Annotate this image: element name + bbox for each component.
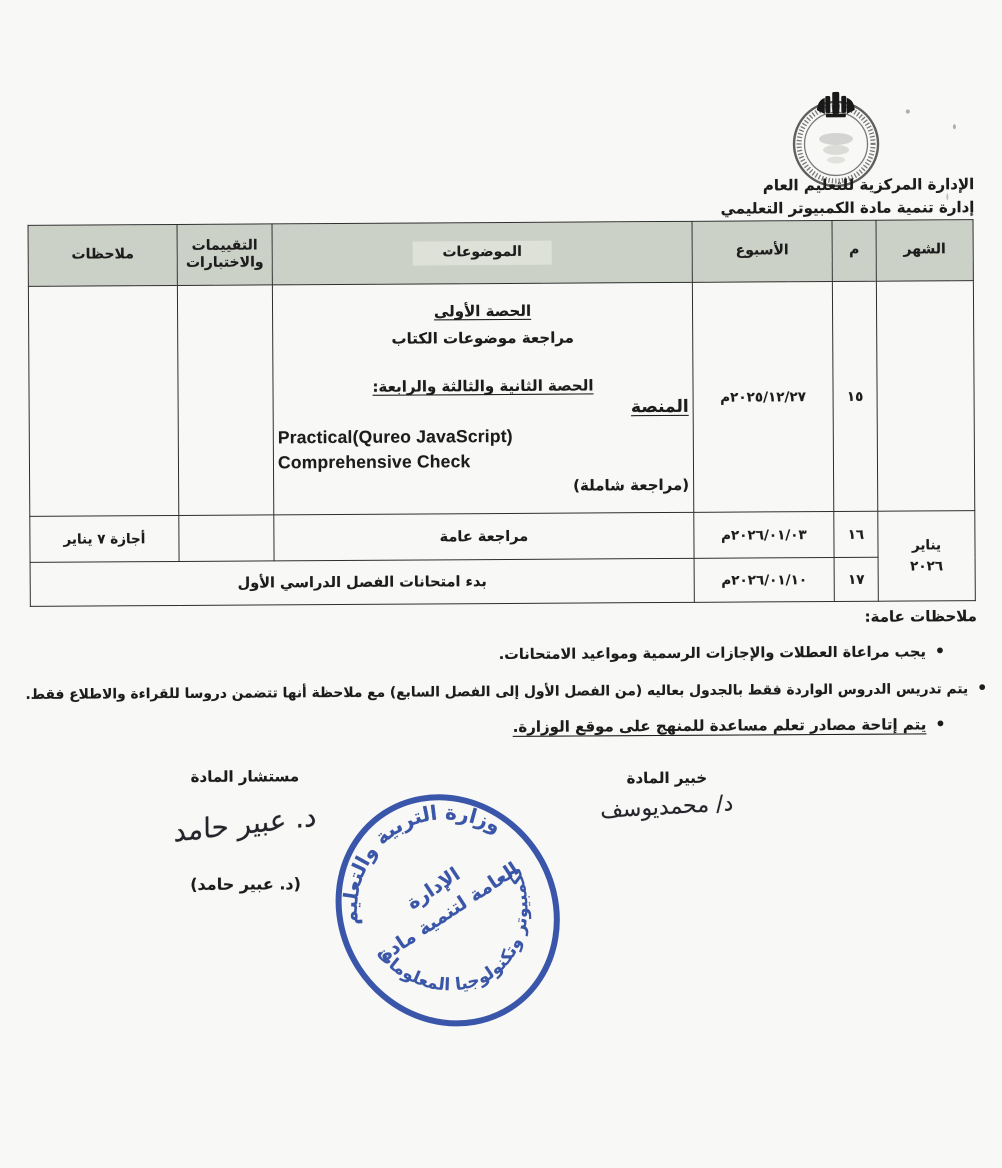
lesson1-topic: مراجعة موضوعات الكتاب (277, 328, 688, 349)
cell-topic-r2: مراجعة عامة (274, 512, 694, 561)
consultant-title: مستشار المادة (130, 767, 360, 786)
cell-num-r1: ١٥ (832, 281, 877, 511)
general-note-2: يتم تدريس الدروس الواردة فقط بالجدول بعا… (25, 678, 987, 703)
org-line-1: الإدارة المركزية للتعليم العام (720, 173, 974, 197)
general-note-1: يجب مراعاة العطلات والإجازات الرسمية ومو… (499, 641, 946, 663)
general-note-3: يتم إتاحة مصادر تعلم مساعدة للمنهج على م… (513, 714, 946, 736)
org-line-2: إدارة تنمية مادة الكمبيوتر التعليمي (720, 196, 974, 220)
cell-num-r3: ١٧ (834, 557, 878, 601)
schedule-table: الشهر م الأسبوع الموضوعات التقييمات والا… (28, 219, 976, 607)
col-header-evaluations: التقييمات والاختبارات (177, 224, 272, 286)
cell-evaluations-r1 (177, 285, 273, 516)
lesson234-title: الحصة الثانية والثالثة والرابعة: (277, 376, 688, 397)
expert-title: خبير المادة (582, 768, 752, 787)
cell-week-r2: ٢٠٢٦/٠١/٠٣م (694, 511, 834, 558)
cell-num-r2: ١٦ (834, 511, 878, 557)
cell-topics-r1: الحصة الأولى مراجعة موضوعات الكتاب الحصة… (272, 282, 693, 515)
month-name: يناير (882, 535, 970, 556)
expert-signature-block: خبير المادة د/ محمديوسف (582, 768, 752, 820)
cell-week-r1: ٢٠٢٥/١٢/٢٧م (692, 281, 833, 512)
month-year: ٢٠٢٦ (883, 556, 971, 577)
consultant-signature-handwriting: د. عبير حامد (174, 800, 317, 849)
col-header-topics: الموضوعات (272, 221, 692, 285)
org-header: الإدارة المركزية للتعليم العام إدارة تنم… (720, 173, 974, 220)
col-header-notes: ملاحظات (28, 224, 177, 286)
col-header-num: م (832, 220, 876, 281)
col-header-week: الأسبوع (692, 220, 832, 282)
lesson1-title: الحصة الأولى (277, 301, 688, 322)
platform-note: (مراجعة شاملة) (323, 475, 689, 495)
platform-english-line1: Practical(Qureo JavaScript) (278, 424, 689, 450)
table-row-week17: ١٧ ٢٠٢٦/٠١/١٠م بدء امتحانات الفصل الدراس… (30, 557, 975, 607)
cell-notes-r1 (28, 285, 178, 516)
cell-evaluations-r2 (179, 515, 274, 562)
platform-english-line2: Comprehensive Check (278, 449, 689, 475)
cell-month-r1 (876, 281, 974, 512)
col-header-month: الشهر (876, 220, 973, 282)
cell-week-r3: ٢٠٢٦/٠١/١٠م (694, 557, 834, 602)
general-notes-title: ملاحظات عامة: (865, 607, 977, 626)
expert-signature-handwriting: د/ محمديوسف (600, 791, 734, 824)
cell-topic-r3-merged: بدء امتحانات الفصل الدراسي الأول (30, 558, 694, 606)
scanned-schedule-document: الإدارة المركزية للتعليم العام إدارة تنم… (0, 0, 1002, 1168)
table-row-week16: يناير ٢٠٢٦ ١٦ ٢٠٢٦/٠١/٠٣م مراجعة عامة أج… (30, 511, 975, 563)
table-row-week15: ١٥ ٢٠٢٥/١٢/٢٧م الحصة الأولى مراجعة موضوع… (28, 281, 974, 517)
eagle-icon (817, 92, 855, 118)
table-header-row: الشهر م الأسبوع الموضوعات التقييمات والا… (28, 220, 973, 287)
cell-notes-r2: أجازة ٧ يناير (30, 515, 179, 562)
cell-month-jan2026: يناير ٢٠٢٦ (878, 511, 976, 602)
topics-header-label: الموضوعات (412, 241, 552, 265)
scan-artifact (906, 109, 910, 113)
platform-label: المنصة (278, 397, 689, 420)
scan-artifact (953, 124, 956, 129)
